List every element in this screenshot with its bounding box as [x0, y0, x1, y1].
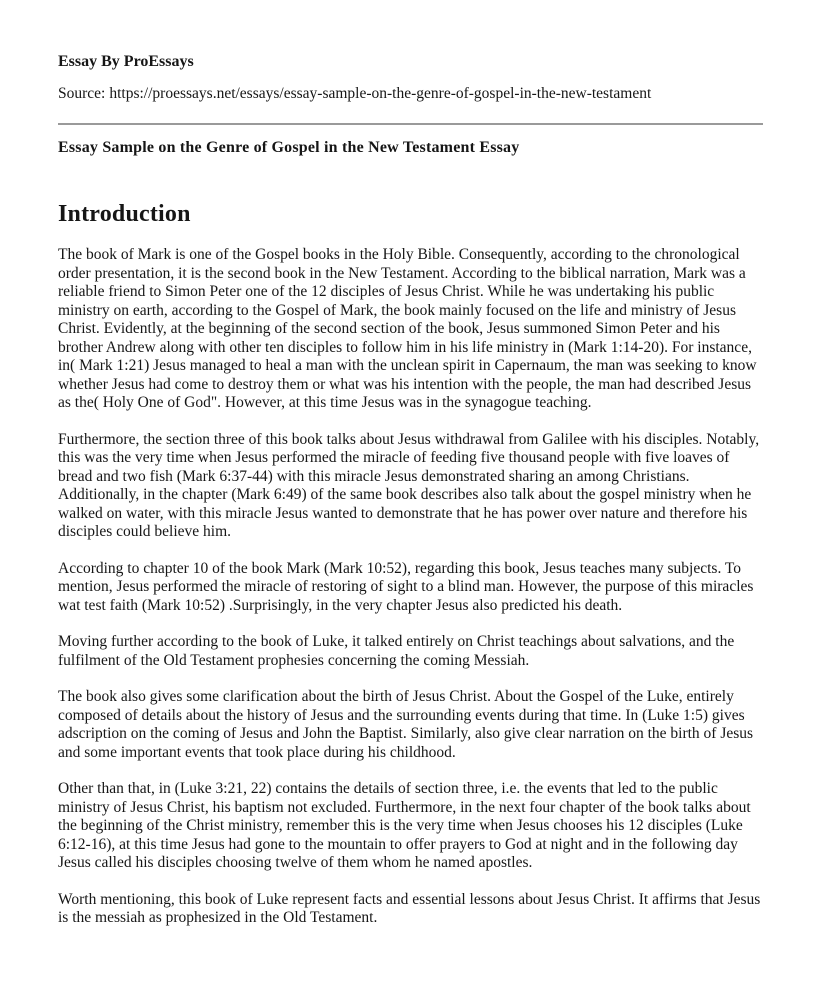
essay-body: The book of Mark is one of the Gospel bo… [58, 246, 763, 928]
essay-paragraph: Worth mentioning, this book of Luke repr… [58, 891, 763, 928]
source-url: https://proessays.net/essays/essay-sampl… [109, 85, 651, 102]
essay-paragraph: According to chapter 10 of the book Mark… [58, 560, 763, 616]
essay-paragraph: The book of Mark is one of the Gospel bo… [58, 246, 763, 413]
essay-page: Essay By ProEssays Source:https://proess… [0, 0, 820, 996]
brand-heading: Essay By ProEssays [58, 52, 763, 72]
document-title: Essay Sample on the Genre of Gospel in t… [58, 138, 763, 158]
divider [58, 123, 763, 125]
essay-paragraph: Moving further according to the book of … [58, 633, 763, 670]
source-line: Source:https://proessays.net/essays/essa… [58, 84, 763, 103]
essay-paragraph: Other than that, in (Luke 3:21, 22) cont… [58, 780, 763, 873]
essay-paragraph: The book also gives some clarification a… [58, 688, 763, 762]
essay-paragraph: Furthermore, the section three of this b… [58, 431, 763, 542]
introduction-heading: Introduction [58, 200, 763, 228]
source-label: Source: [58, 85, 105, 102]
